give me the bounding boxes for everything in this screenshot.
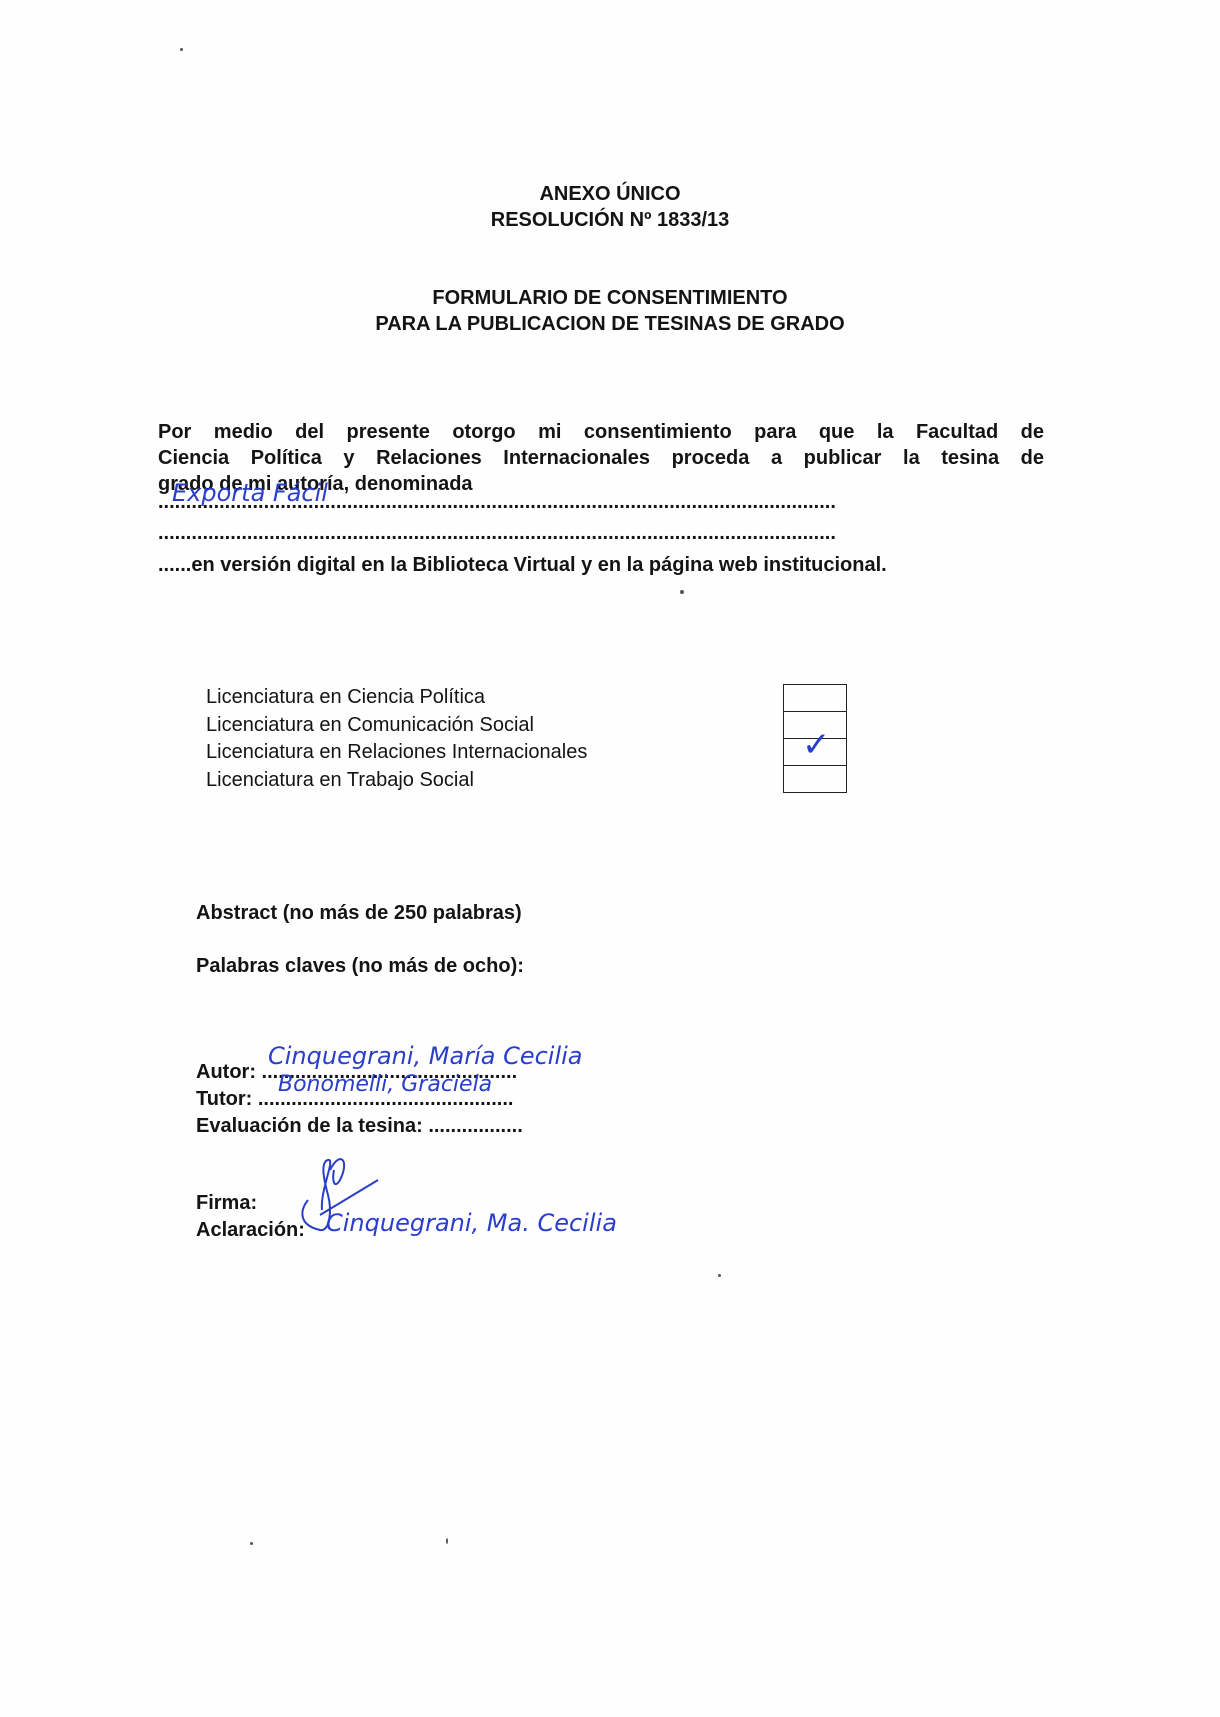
thesis-title-dots-line2: ........................................… (158, 522, 1028, 545)
checkbox-ciencia-politica[interactable] (784, 685, 846, 712)
author-label: Autor: (196, 1061, 256, 1083)
scan-speck (718, 1274, 721, 1277)
checkbox-relaciones-internacionales[interactable]: ✓ (784, 739, 846, 766)
resolution-number: RESOLUCIÓN Nº 1833/13 (0, 207, 1220, 233)
scan-speck (250, 1542, 253, 1545)
evaluation-row[interactable]: Evaluación de la tesina: ...............… (196, 1113, 523, 1140)
consent-line-1: Por medio del presente otorgo mi consent… (158, 419, 1044, 445)
form-title-line2: PARA LA PUBLICACION DE TESINAS DE GRADO (0, 311, 1220, 337)
clarification-label: Aclaración: (196, 1217, 305, 1244)
signature-block: Firma: Aclaración: (196, 1190, 305, 1244)
evaluation-label: Evaluación de la tesina: (196, 1115, 423, 1137)
annex-title: ANEXO ÚNICO (0, 181, 1220, 207)
keywords-label: Palabras claves (no más de ocho): (196, 955, 524, 978)
author-handwritten: Cinquegrani, María Cecilia (268, 1042, 583, 1070)
degree-relaciones-internacionales: Licenciatura en Relaciones Internacional… (206, 739, 587, 767)
thesis-title-handwritten: Exporta Fácil (172, 479, 328, 507)
scan-speck (180, 48, 183, 51)
degree-ciencia-politica: Licenciatura en Ciencia Política (206, 684, 587, 712)
scan-speck (446, 1538, 448, 1544)
tutor-label: Tutor: (196, 1088, 252, 1110)
abstract-label: Abstract (no más de 250 palabras) (196, 902, 522, 925)
consent-line-2: Ciencia Política y Relaciones Internacio… (158, 445, 1044, 471)
checkbox-trabajo-social[interactable] (784, 766, 846, 792)
tutor-handwritten: Bonomelli, Graciela (278, 1072, 492, 1097)
degree-list: Licenciatura en Ciencia Política Licenci… (206, 684, 587, 794)
thesis-title-field[interactable]: ........................................… (158, 489, 1028, 515)
degree-trabajo-social: Licenciatura en Trabajo Social (206, 767, 587, 795)
evaluation-dots: ................. (428, 1115, 522, 1137)
form-title-line1: FORMULARIO DE CONSENTIMIENTO (0, 285, 1220, 311)
checkmark-icon: ✓ (802, 725, 831, 765)
scan-speck (680, 590, 684, 594)
clarification-handwritten: Cinquegrani, Ma. Cecilia (326, 1209, 617, 1237)
signature-label: Firma: (196, 1190, 305, 1217)
consent-closing: ......en versión digital en la Bibliotec… (158, 554, 887, 577)
degree-comunicacion-social: Licenciatura en Comunicación Social (206, 712, 587, 740)
degree-checkbox-column: ✓ (783, 684, 847, 793)
